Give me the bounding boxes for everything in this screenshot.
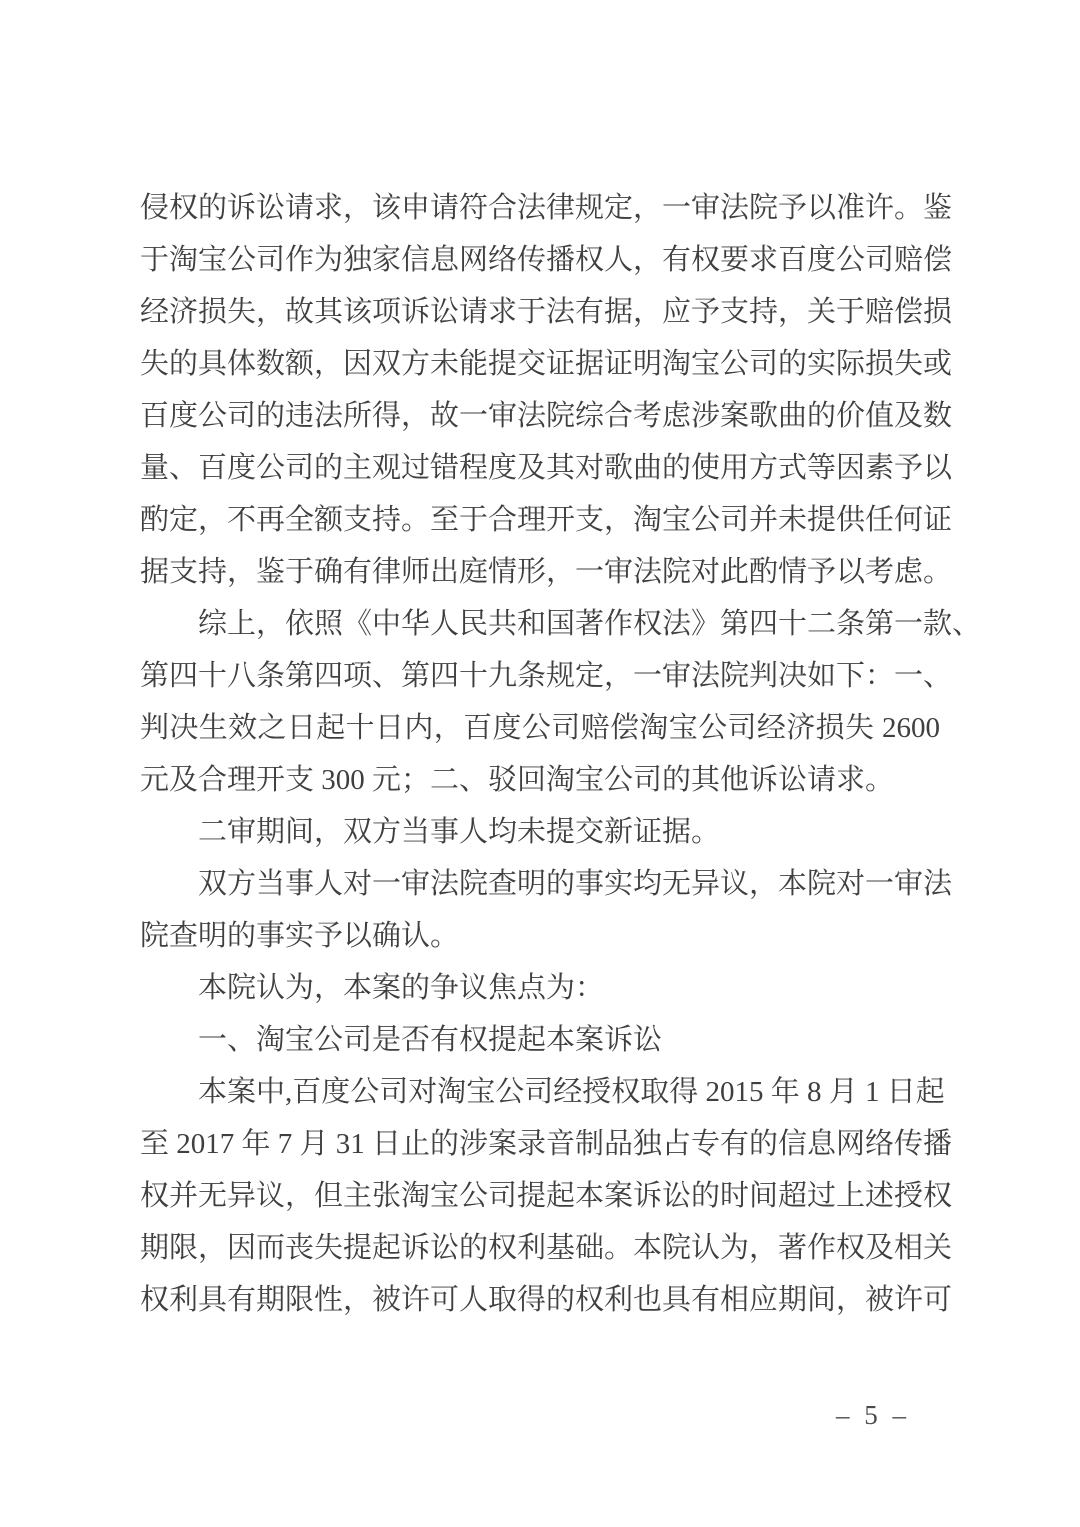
- body-text: 侵权的诉讼请求，该申请符合法律规定，一审法院予以准许。鉴 于淘宝公司作为独家信息…: [140, 182, 940, 1326]
- text-line: 元及合理开支 300 元；二、驳回淘宝公司的其他诉讼请求。: [140, 754, 940, 806]
- text-line: 百度公司的违法所得，故一审法院综合考虑涉案歌曲的价值及数: [140, 390, 940, 442]
- text-line: 二审期间，双方当事人均未提交新证据。: [140, 806, 940, 858]
- text-line: 失的具体数额，因双方未能提交证据证明淘宝公司的实际损失或: [140, 338, 940, 390]
- text-line: 一、淘宝公司是否有权提起本案诉讼: [140, 1014, 940, 1066]
- text-line: 期限，因而丧失提起诉讼的权利基础。本院认为，著作权及相关: [140, 1222, 940, 1274]
- text-line: 于淘宝公司作为独家信息网络传播权人，有权要求百度公司赔偿: [140, 234, 940, 286]
- text-line: 权利具有期限性，被许可人取得的权利也具有相应期间，被许可: [140, 1274, 940, 1326]
- text-line: 本案中,百度公司对淘宝公司经授权取得 2015 年 8 月 1 日起: [140, 1066, 940, 1118]
- text-line: 量、百度公司的主观过错程度及其对歌曲的使用方式等因素予以: [140, 442, 940, 494]
- page-number: – 5 –: [828, 1400, 918, 1431]
- text-line: 本院认为，本案的争议焦点为：: [140, 962, 940, 1014]
- text-line: 判决生效之日起十日内，百度公司赔偿淘宝公司经济损失 2600: [140, 702, 940, 754]
- text-line: 侵权的诉讼请求，该申请符合法律规定，一审法院予以准许。鉴: [140, 182, 940, 234]
- text-line: 经济损失，故其该项诉讼请求于法有据，应予支持，关于赔偿损: [140, 286, 940, 338]
- text-line: 据支持，鉴于确有律师出庭情形，一审法院对此酌情予以考虑。: [140, 546, 940, 598]
- text-line: 权并无异议，但主张淘宝公司提起本案诉讼的时间超过上述授权: [140, 1170, 940, 1222]
- text-line: 双方当事人对一审法院查明的事实均无异议，本院对一审法: [140, 858, 940, 910]
- text-line: 至 2017 年 7 月 31 日止的涉案录音制品独占专有的信息网络传播: [140, 1118, 940, 1170]
- text-line: 院查明的事实予以确认。: [140, 910, 940, 962]
- text-line: 综上，依照《中华人民共和国著作权法》第四十二条第一款、: [140, 598, 940, 650]
- text-line: 酌定，不再全额支持。至于合理开支，淘宝公司并未提供任何证: [140, 494, 940, 546]
- text-line: 第四十八条第四项、第四十九条规定，一审法院判决如下：一、: [140, 650, 940, 702]
- document-page: 侵权的诉讼请求，该申请符合法律规定，一审法院予以准许。鉴 于淘宝公司作为独家信息…: [0, 0, 1080, 1527]
